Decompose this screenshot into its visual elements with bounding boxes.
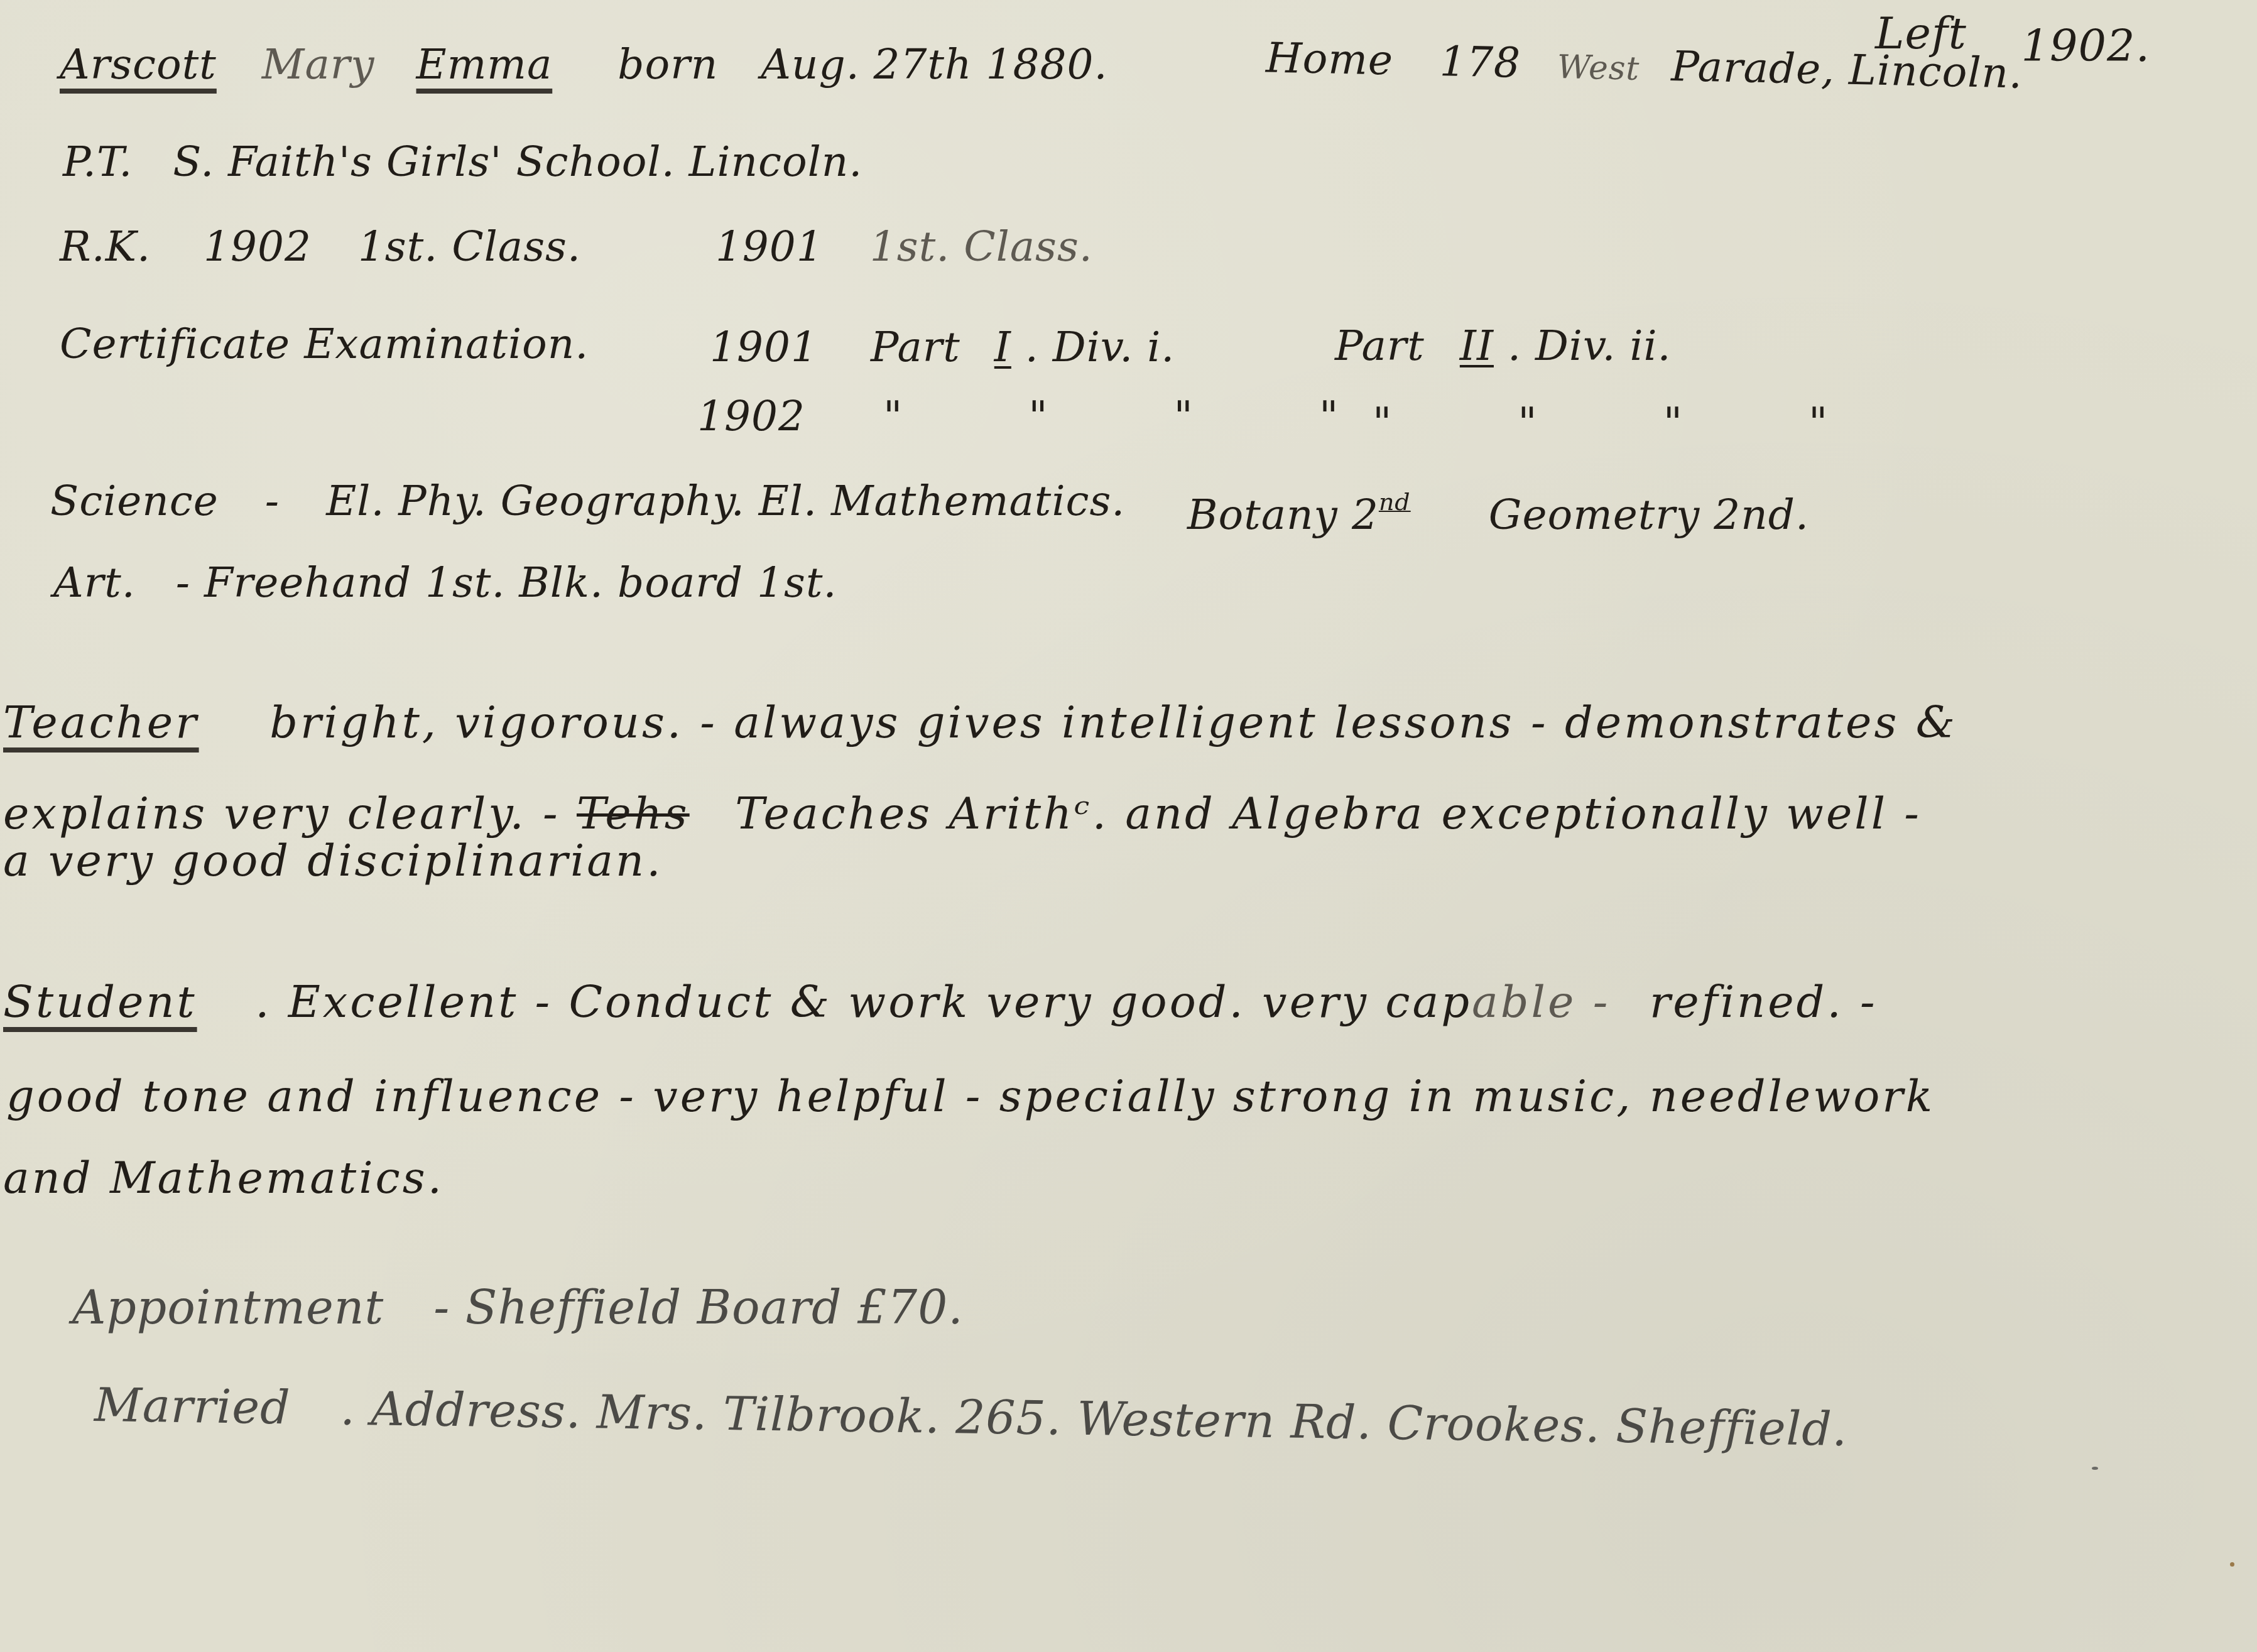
science-label: Science [50, 481, 219, 522]
left-year: 1902. [2021, 24, 2150, 68]
teacher-text-1: bright, vigorous. - always gives intelli… [269, 700, 1957, 744]
home-number: 178 [1439, 41, 1521, 84]
first-name: Mary [262, 44, 375, 85]
science-line: Science - El. Phy. Geography. El. Mathem… [50, 481, 1125, 522]
rk-label: R.K. [60, 226, 151, 268]
certificate-row-1902: 1902 " " " " [697, 396, 1395, 437]
rk-class-1: 1st. Class. [358, 226, 581, 268]
rk-class-2: 1st. Class. [870, 226, 1093, 268]
teacher-text-3: a very good disciplinarian. [3, 839, 663, 883]
teacher-line-3: a very good disciplinarian. [3, 839, 663, 883]
science-extras: Botany 2nd Geometry 2nd. [1187, 490, 1809, 536]
student-text-1-faint: able - [1472, 980, 1610, 1024]
pt-school: S. Faith's Girls' School. Lincoln. [173, 141, 862, 183]
certificate-year-1901: 1901 [710, 327, 818, 368]
art-line: Art. - Freehand 1st. Blk. board 1st. [53, 562, 837, 604]
certificate-div1: . Div. i. [1025, 327, 1175, 368]
science-botany: Botany 2 [1187, 494, 1379, 536]
student-text-2: good tone and influence - very helpful -… [6, 1074, 1935, 1118]
certificate-part2-num: II [1460, 325, 1494, 367]
certificate-line: Certificate Examination. [60, 323, 589, 365]
student-text-1-start: . Excellent - Conduct & work very good. … [255, 980, 1472, 1024]
born-label: born [617, 44, 718, 85]
certificate-ditto-right-line: " " " " [1373, 402, 1884, 443]
teacher-struck-word: Tehs [577, 791, 690, 835]
paper-speck [2230, 1562, 2234, 1567]
student-text-1-end: refined. - [1650, 980, 1878, 1024]
certificate-row-1901: 1901 Part I . Div. i. [710, 327, 1175, 368]
appointment-line: Appointment - Sheffield Board £70. [72, 1285, 964, 1331]
student-line-3: and Mathematics. [3, 1156, 444, 1200]
home-street-word: West [1557, 51, 1640, 85]
teacher-label: Teacher [3, 700, 199, 744]
rk-year-1: 1902 [204, 226, 312, 268]
certificate-part1-num: I [994, 327, 1011, 368]
art-label: Art. [53, 562, 136, 604]
married-line: Married . Address. Mrs. Tilbrook. 265. W… [94, 1382, 1847, 1453]
rk-line: R.K. 1902 1st. Class. 1901 1st. Class. [60, 226, 1093, 268]
left-date: Left 1902. [1875, 11, 2150, 55]
science-items: El. Phy. Geography. El. Mathematics. [326, 481, 1125, 522]
teacher-line-2: explains very clearly. - Tehs Teaches Ar… [3, 791, 1922, 835]
certificate-part2-label: Part [1335, 325, 1425, 367]
art-items: - Freehand 1st. Blk. board 1st. [176, 562, 837, 604]
science-botany-sup: nd [1379, 490, 1411, 514]
certificate-ditto-right: " " " " [1373, 402, 1884, 443]
student-text-3: and Mathematics. [3, 1156, 444, 1200]
certificate-row-1901-part2: Part II . Div. ii. [1335, 325, 1672, 367]
pt-line: P.T. S. Faith's Girls' School. Lincoln. [63, 141, 862, 183]
appointment-label: Appointment [72, 1285, 384, 1331]
certificate-part1-label: Part [871, 327, 960, 368]
header-line: Arscott Mary Emma born Aug. 27th 1880. [60, 44, 1108, 85]
left-label: Left [1875, 11, 1967, 55]
appointment-text: - Sheffield Board £70. [433, 1285, 964, 1331]
married-label: Married [94, 1382, 290, 1431]
student-line-1: Student . Excellent - Conduct & work ver… [3, 980, 1878, 1024]
certificate-div2: . Div. ii. [1508, 325, 1672, 367]
married-text: . Address. Mrs. Tilbrook. 265. Western R… [340, 1385, 1848, 1453]
surname: Arscott [60, 44, 217, 85]
student-label: Student [3, 980, 197, 1024]
paper-speck [2092, 1467, 2098, 1470]
born-date: Aug. 27th 1880. [761, 44, 1107, 85]
teacher-text-2-start: explains very clearly. - [3, 791, 560, 835]
science-geometry: Geometry 2nd. [1489, 494, 1809, 536]
certificate-ditto-left: " " " " [883, 396, 1395, 437]
certificate-year-1902: 1902 [697, 396, 805, 437]
teacher-text-2-end: Teaches Arithᶜ. and Algebra exceptionall… [735, 791, 1922, 835]
teacher-line-1: Teacher bright, vigorous. - always gives… [3, 700, 1957, 744]
home-label: Home [1265, 37, 1393, 81]
science-dash: - [265, 481, 280, 522]
middle-name: Emma [416, 44, 553, 85]
student-line-2: good tone and influence - very helpful -… [6, 1074, 1935, 1118]
certificate-label: Certificate Examination. [60, 323, 589, 365]
rk-year-2: 1901 [715, 226, 824, 268]
archive-record-page: Arscott Mary Emma born Aug. 27th 1880. H… [0, 0, 2257, 1652]
pt-label: P.T. [63, 141, 133, 183]
